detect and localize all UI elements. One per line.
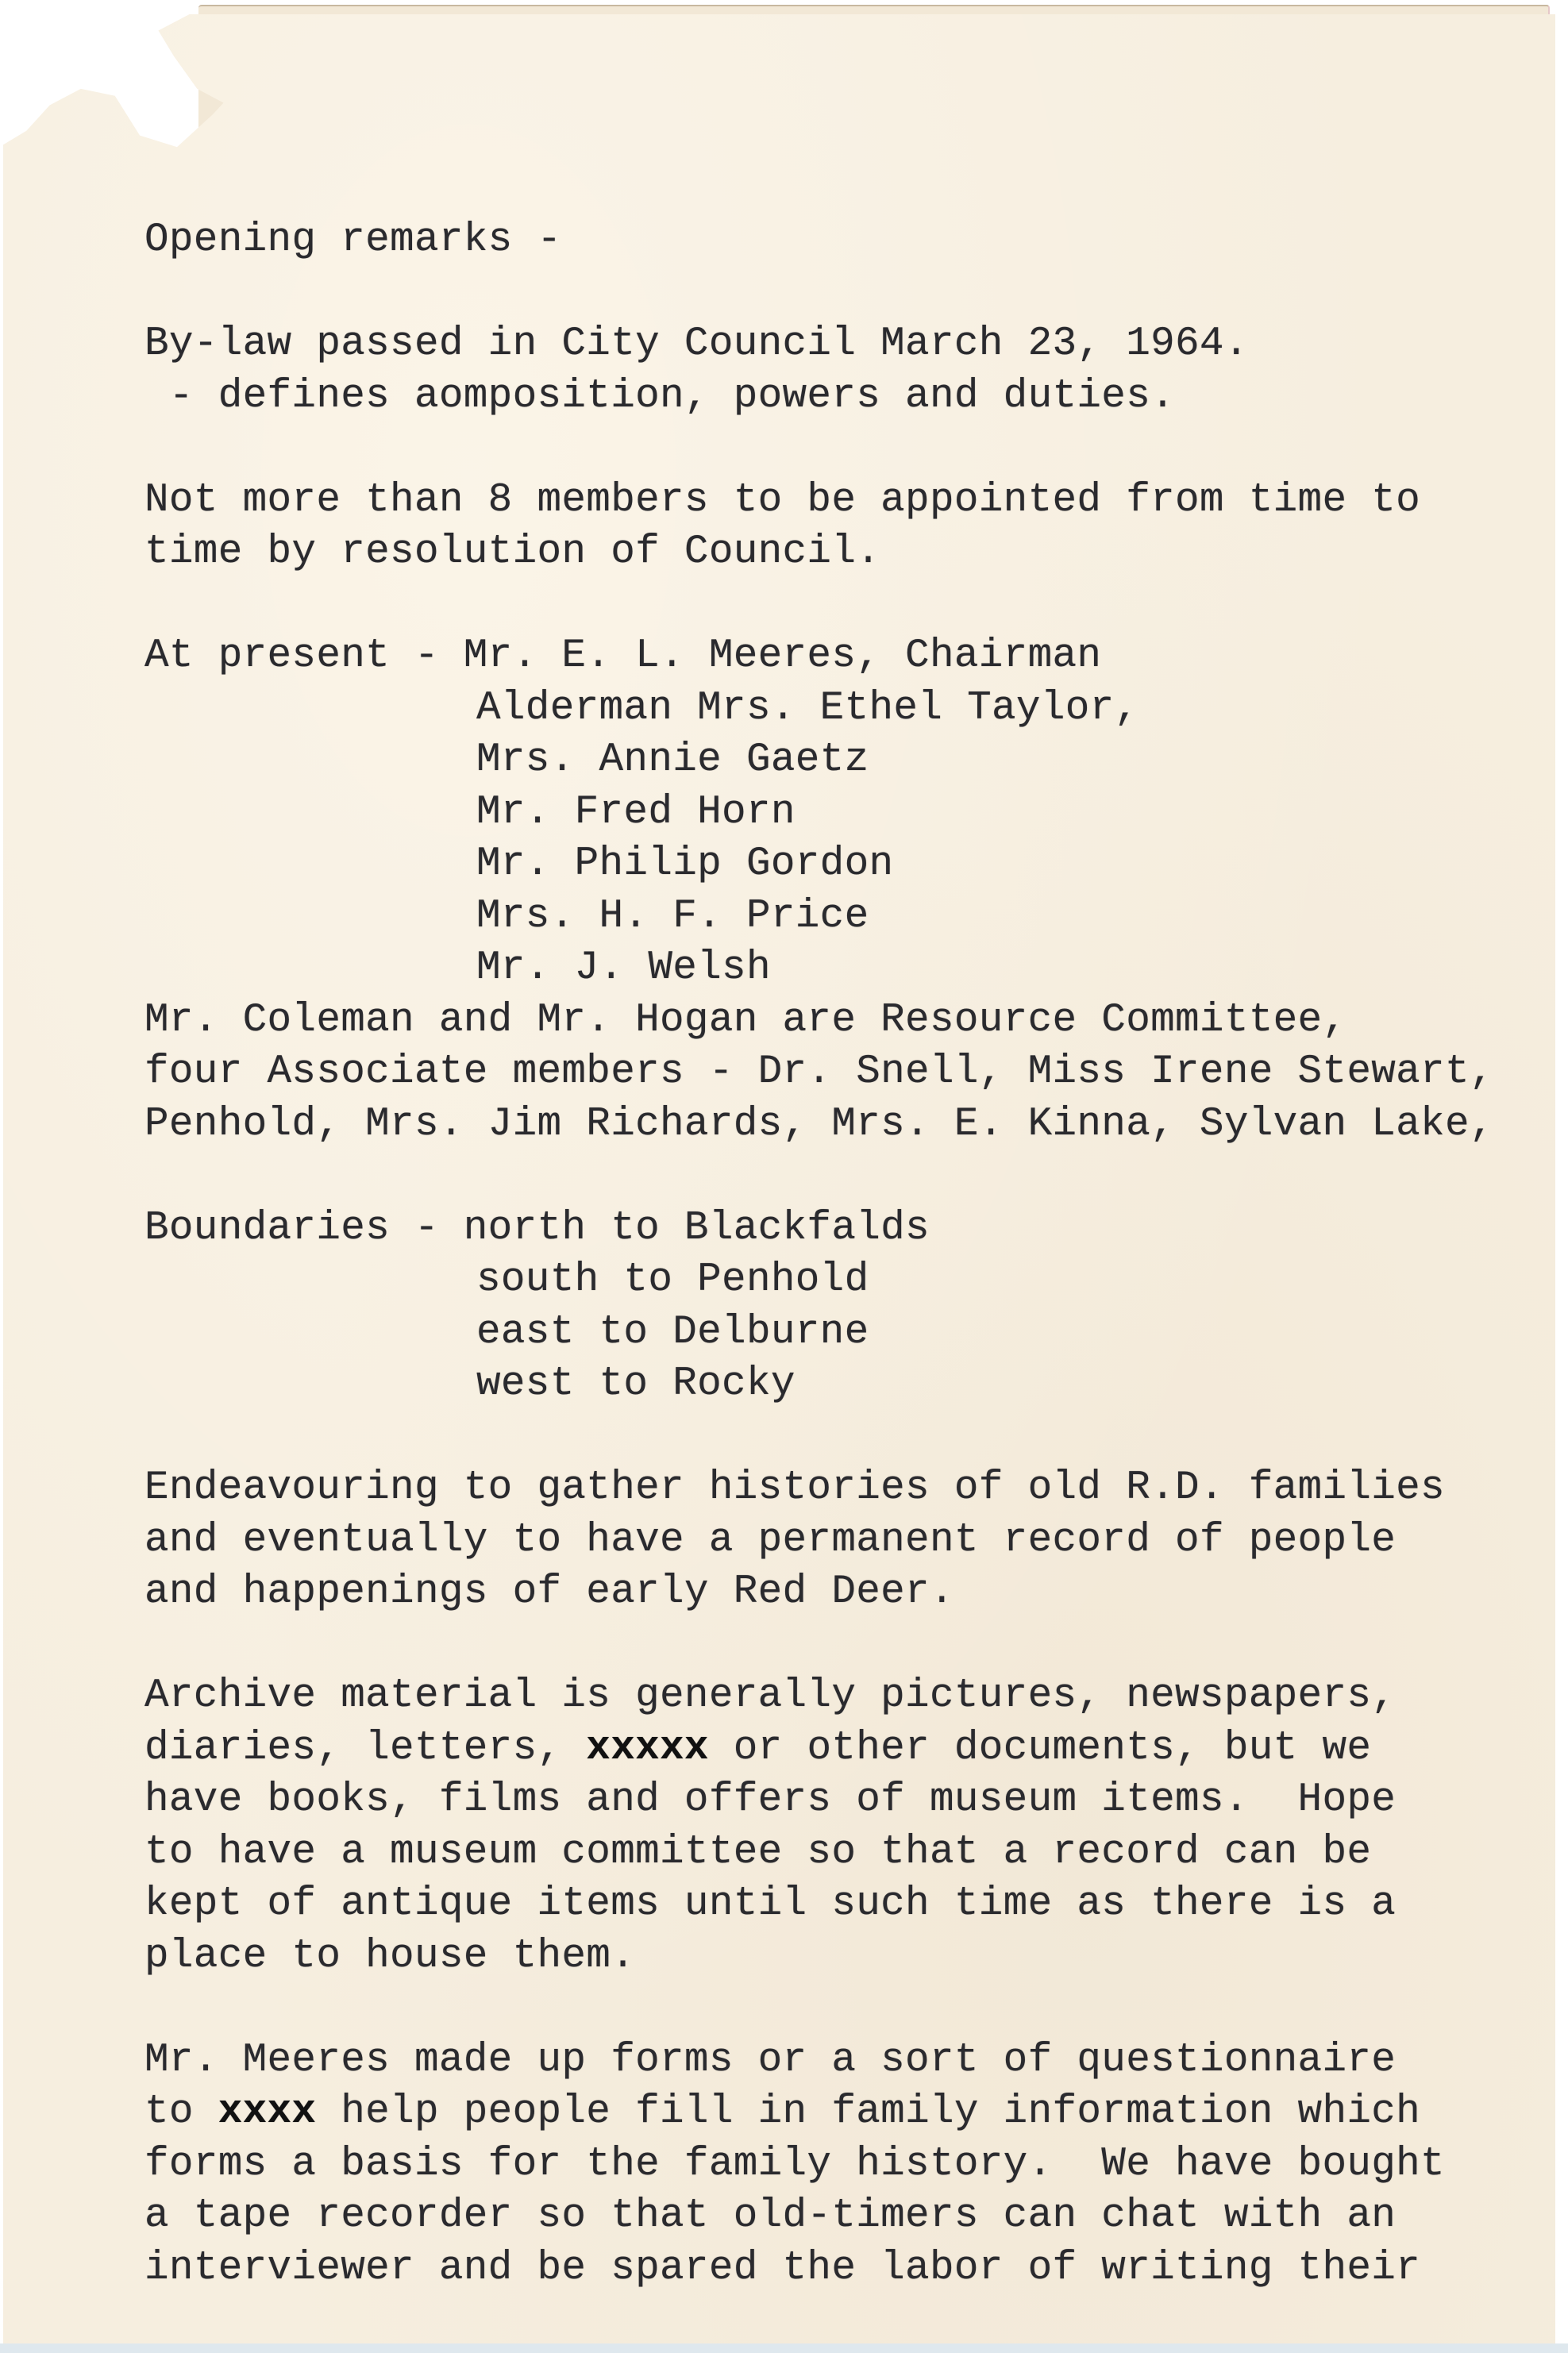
struck-out-word: xxxx xyxy=(218,2089,317,2135)
spacer xyxy=(144,1150,1558,1203)
archive-line-2-end: or other documents, but we xyxy=(709,1726,1371,1771)
spacer xyxy=(144,422,1558,475)
member-name: Alderman Mrs. Ethel Taylor, xyxy=(144,683,1558,735)
boundary-item: east to Delburne xyxy=(144,1307,1558,1359)
endeavouring-line-1: Endeavouring to gather histories of old … xyxy=(144,1462,1558,1515)
boundaries-label: Boundaries - xyxy=(144,1206,464,1251)
member-name: Mr. Philip Gordon xyxy=(144,838,1558,891)
struck-out-word: xxxxx xyxy=(586,1726,709,1771)
archive-line-4: to have a museum committee so that a rec… xyxy=(144,1827,1558,1879)
archive-line-6: place to house them. xyxy=(144,1931,1558,1983)
spacer xyxy=(144,1619,1558,1671)
member-name: Mrs. Annie Gaetz xyxy=(144,734,1558,787)
opening-heading: Opening remarks - xyxy=(144,214,1558,267)
boundaries-list: Boundaries - north to Blackfalds south t… xyxy=(144,1203,1558,1411)
scan-background-strip xyxy=(0,2343,1568,2353)
boundary-item: south to Penhold xyxy=(144,1254,1558,1307)
member-name: Mr. Fred Horn xyxy=(144,787,1558,839)
boundary-item: west to Rocky xyxy=(144,1358,1558,1411)
spacer xyxy=(144,1982,1558,2035)
bylaw-line-2: - defines aomposition, powers and duties… xyxy=(144,371,1558,423)
resource-line-1: Mr. Coleman and Mr. Hogan are Resource C… xyxy=(144,995,1558,1047)
endeavouring-line-3: and happenings of early Red Deer. xyxy=(144,1566,1558,1619)
resource-committee-paragraph: Mr. Coleman and Mr. Hogan are Resource C… xyxy=(144,995,1558,1151)
members-rule-line-1: Not more than 8 members to be appointed … xyxy=(144,475,1558,527)
boundary-item: north to Blackfalds xyxy=(464,1206,930,1251)
member-name: Mr. J. Welsh xyxy=(144,942,1558,995)
archive-line-2: diaries, letters, xxxxx or other documen… xyxy=(144,1723,1558,1775)
members-rule-paragraph: Not more than 8 members to be appointed … xyxy=(144,475,1558,579)
endeavouring-line-2: and eventually to have a permanent recor… xyxy=(144,1515,1558,1567)
members-rule-line-2: time by resolution of Council. xyxy=(144,526,1558,579)
resource-line-3: Penhold, Mrs. Jim Richards, Mrs. E. Kinn… xyxy=(144,1099,1558,1151)
bylaw-paragraph: By-law passed in City Council March 23, … xyxy=(144,318,1558,422)
member-name: Mr. E. L. Meeres, Chairman xyxy=(464,633,1102,679)
endeavouring-paragraph: Endeavouring to gather histories of old … xyxy=(144,1462,1558,1619)
archive-line-3: have books, films and offers of museum i… xyxy=(144,1774,1558,1827)
archive-paragraph: Archive material is generally pictures, … xyxy=(144,1670,1558,1982)
current-members-list: At present - Mr. E. L. Meeres, Chairman … xyxy=(144,630,1558,995)
questionnaire-paragraph: Mr. Meeres made up forms or a sort of qu… xyxy=(144,2035,1558,2295)
archive-line-5: kept of antique items until such time as… xyxy=(144,1878,1558,1931)
meeres-line-5: interviewer and be spared the labor of w… xyxy=(144,2243,1558,2295)
meeres-line-1: Mr. Meeres made up forms or a sort of qu… xyxy=(144,2035,1558,2087)
boundaries-first-line: Boundaries - north to Blackfalds xyxy=(144,1203,1558,1255)
spacer xyxy=(144,1411,1558,1463)
meeres-line-4: a tape recorder so that old-timers can c… xyxy=(144,2190,1558,2243)
meeres-line-3: forms a basis for the family history. We… xyxy=(144,2139,1558,2191)
bylaw-line-1: By-law passed in City Council March 23, … xyxy=(144,318,1558,371)
typed-document: Opening remarks - By-law passed in City … xyxy=(144,214,1558,2294)
archive-line-2-start: diaries, letters, xyxy=(144,1726,586,1771)
meeres-line-2-end: help people fill in family information w… xyxy=(316,2089,1420,2135)
spacer xyxy=(144,267,1558,319)
member-name: Mrs. H. F. Price xyxy=(144,891,1558,943)
spacer xyxy=(144,579,1558,631)
meeres-line-2-start: to xyxy=(144,2089,218,2135)
archive-line-1: Archive material is generally pictures, … xyxy=(144,1670,1558,1723)
at-present-label: At present - xyxy=(144,633,464,679)
current-members-first-line: At present - Mr. E. L. Meeres, Chairman xyxy=(144,630,1558,683)
resource-line-2: four Associate members - Dr. Snell, Miss… xyxy=(144,1046,1558,1099)
meeres-line-2: to xxxx help people fill in family infor… xyxy=(144,2086,1558,2139)
